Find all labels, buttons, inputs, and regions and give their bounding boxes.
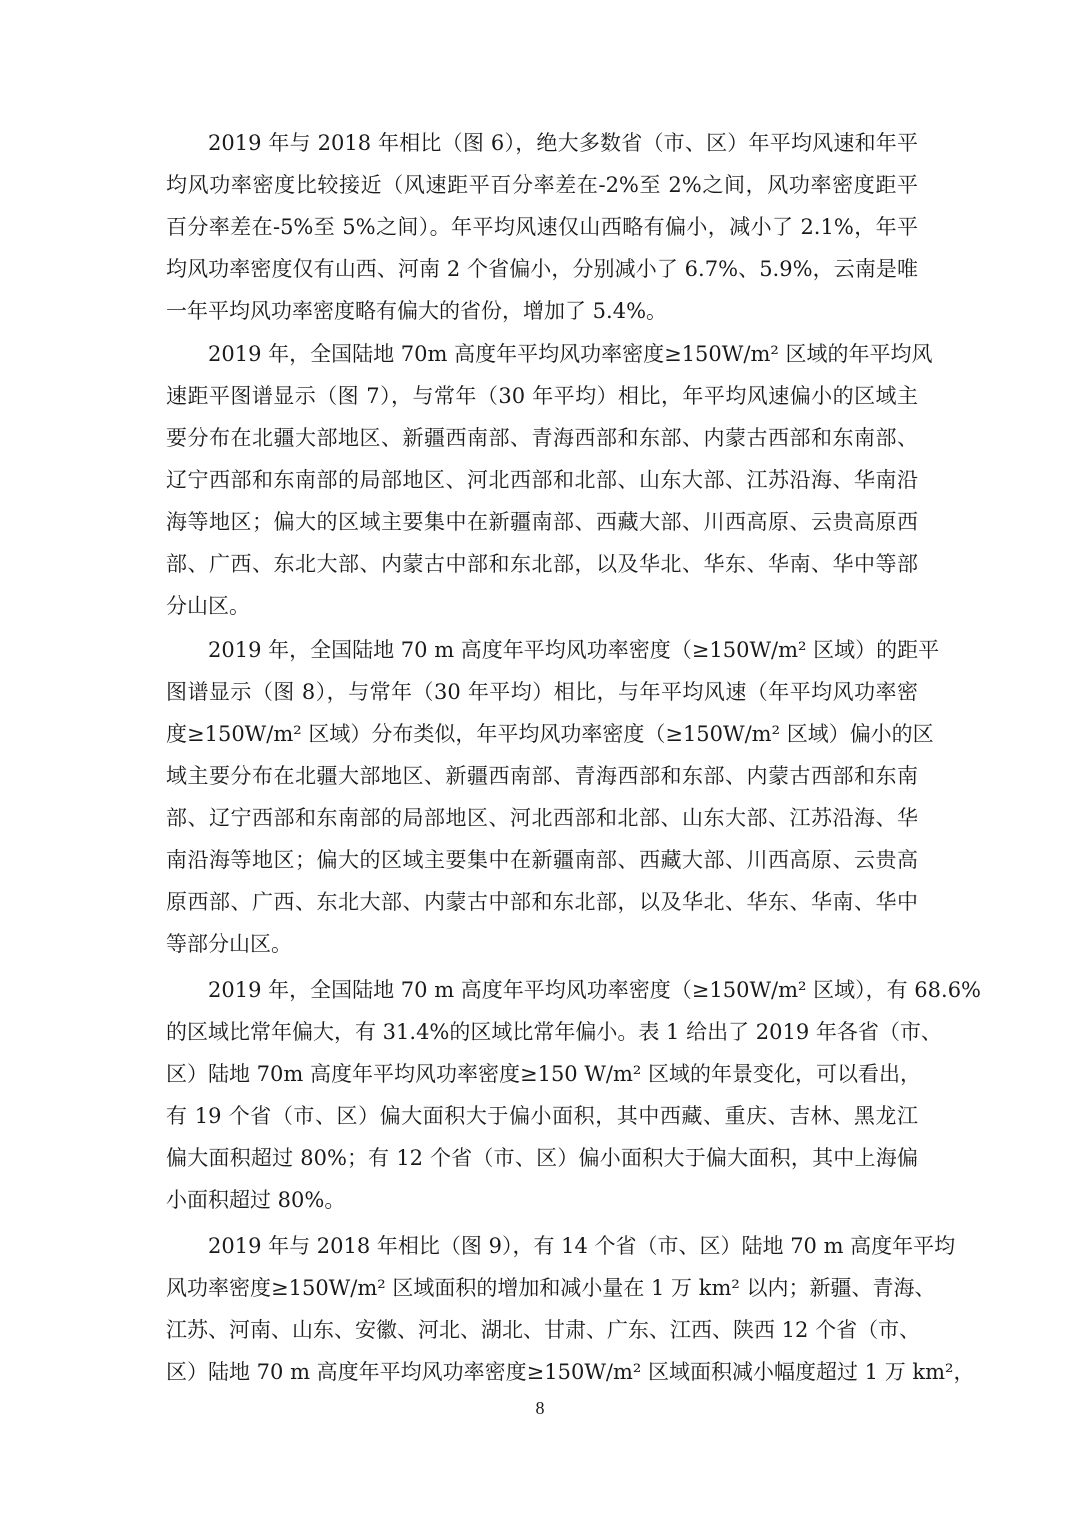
paragraph-5-line-4: 区）陆地 70 m 高度年平均风功率密度≥150W/m² 区域面积减小幅度超过 … xyxy=(166,1357,918,1387)
paragraph-2-line-2: 速距平图谱显示（图 7），与常年（30 年平均）相比，年平均风速偏小的区域主 xyxy=(166,381,918,411)
paragraph-2-line-7: 分山区。 xyxy=(166,591,918,621)
paragraph-3-line-8: 等部分山区。 xyxy=(166,929,918,959)
paragraph-2-line-6: 部、广西、东北大部、内蒙古中部和东北部，以及华北、华东、华南、华中等部 xyxy=(166,549,918,579)
paragraph-4-line-1: 2019 年，全国陆地 70 m 高度年平均风功率密度（≥150W/m² 区域）… xyxy=(208,975,918,1005)
paragraph-3-line-5: 部、辽宁西部和东南部的局部地区、河北西部和北部、山东大部、江苏沿海、华 xyxy=(166,803,918,833)
paragraph-1-line-4: 均风功率密度仅有山西、河南 2 个省偏小，分别减小了 6.7%、5.9%，云南是… xyxy=(166,254,918,284)
paragraph-1-line-3: 百分率差在-5%至 5%之间）。年平均风速仅山西略有偏小，减小了 2.1%，年平 xyxy=(166,212,918,242)
paragraph-5-line-1: 2019 年与 2018 年相比（图 9），有 14 个省（市、区）陆地 70 … xyxy=(208,1231,918,1261)
paragraph-5-line-2: 风功率密度≥150W/m² 区域面积的增加和减小量在 1 万 km² 以内；新疆… xyxy=(166,1273,918,1303)
paragraph-1-line-5: 一年平均风功率密度略有偏大的省份，增加了 5.4%。 xyxy=(166,296,918,326)
document-page: 2019 年与 2018 年相比（图 6），绝大多数省（市、区）年平均风速和年平… xyxy=(0,0,1080,1527)
paragraph-3-line-4: 域主要分布在北疆大部地区、新疆西南部、青海西部和东部、内蒙古西部和东南 xyxy=(166,761,918,791)
paragraph-4-line-6: 小面积超过 80%。 xyxy=(166,1185,918,1215)
paragraph-4-line-4: 有 19 个省（市、区）偏大面积大于偏小面积，其中西藏、重庆、吉林、黑龙江 xyxy=(166,1101,918,1131)
paragraph-3-line-3: 度≥150W/m² 区域）分布类似，年平均风功率密度（≥150W/m² 区域）偏… xyxy=(166,719,918,749)
paragraph-2-line-1: 2019 年，全国陆地 70m 高度年平均风功率密度≥150W/m² 区域的年平… xyxy=(208,339,918,369)
paragraph-4-line-2: 的区域比常年偏大，有 31.4%的区域比常年偏小。表 1 给出了 2019 年各… xyxy=(166,1017,918,1047)
paragraph-2-line-4: 辽宁西部和东南部的局部地区、河北西部和北部、山东大部、江苏沿海、华南沿 xyxy=(166,465,918,495)
paragraph-4-line-5: 偏大面积超过 80%；有 12 个省（市、区）偏小面积大于偏大面积，其中上海偏 xyxy=(166,1143,918,1173)
paragraph-3-line-7: 原西部、广西、东北大部、内蒙古中部和东北部，以及华北、华东、华南、华中 xyxy=(166,887,918,917)
page-number: 8 xyxy=(0,1398,1080,1419)
paragraph-3-line-6: 南沿海等地区；偏大的区域主要集中在新疆南部、西藏大部、川西高原、云贵高 xyxy=(166,845,918,875)
paragraph-4-line-3: 区）陆地 70m 高度年平均风功率密度≥150 W/m² 区域的年景变化，可以看… xyxy=(166,1059,918,1089)
paragraph-2-line-5: 海等地区；偏大的区域主要集中在新疆南部、西藏大部、川西高原、云贵高原西 xyxy=(166,507,918,537)
paragraph-3-line-2: 图谱显示（图 8），与常年（30 年平均）相比，与年平均风速（年平均风功率密 xyxy=(166,677,918,707)
paragraph-1-line-1: 2019 年与 2018 年相比（图 6），绝大多数省（市、区）年平均风速和年平 xyxy=(208,128,918,158)
paragraph-1-line-2: 均风功率密度比较接近（风速距平百分率差在-2%至 2%之间，风功率密度距平 xyxy=(166,170,918,200)
paragraph-3-line-1: 2019 年，全国陆地 70 m 高度年平均风功率密度（≥150W/m² 区域）… xyxy=(208,635,918,665)
paragraph-5-line-3: 江苏、河南、山东、安徽、河北、湖北、甘肃、广东、江西、陕西 12 个省（市、 xyxy=(166,1315,918,1345)
paragraph-2-line-3: 要分布在北疆大部地区、新疆西南部、青海西部和东部、内蒙古西部和东南部、 xyxy=(166,423,918,453)
